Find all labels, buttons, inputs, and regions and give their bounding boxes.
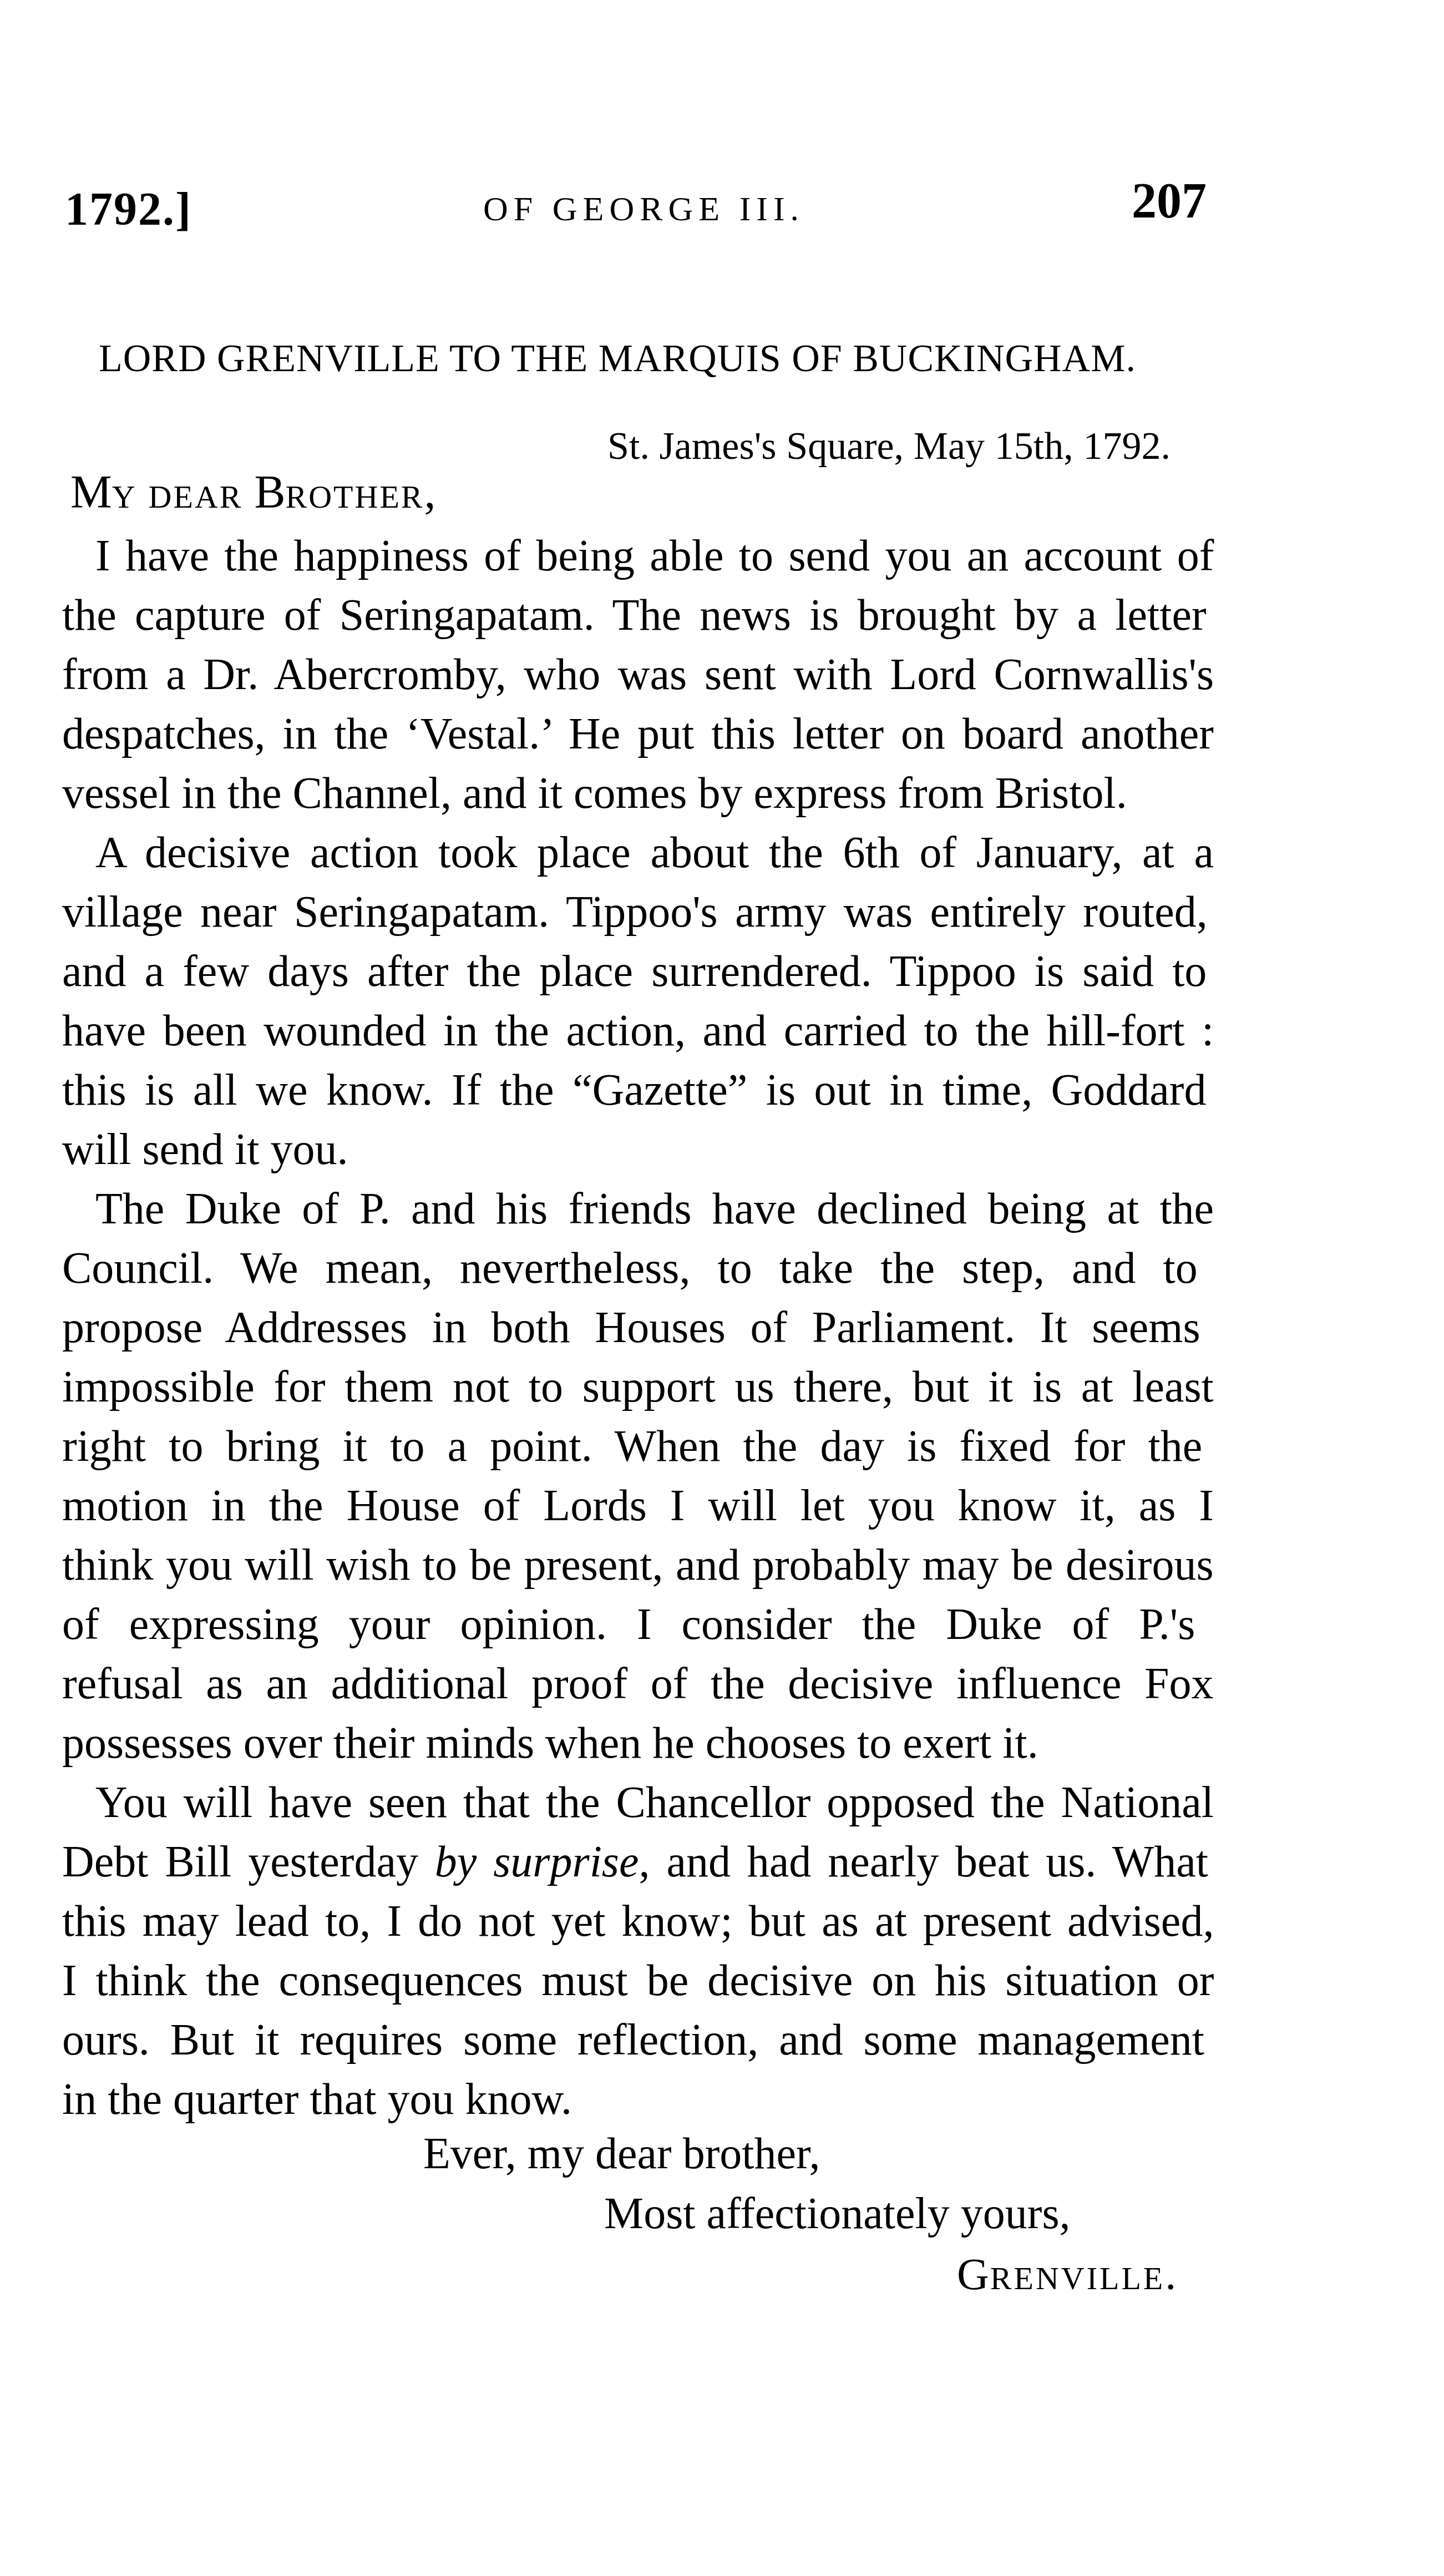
- salutation-name-initial: B: [254, 467, 285, 518]
- body-line: village near Seringapatam. Tippoo's army…: [62, 890, 1214, 949]
- body-line: motion in the House of Lords I will let …: [62, 1484, 1214, 1543]
- body-line: The Duke of P. and his friends have decl…: [95, 1187, 1214, 1246]
- body-line: of expressing your opinion. I consider t…: [62, 1602, 1214, 1662]
- body-line: this may lead to, I do not yet know; but…: [62, 1899, 1214, 1958]
- salutation-name-rest: ROTHER: [286, 479, 424, 515]
- signature-rest: RENVILLE: [990, 2260, 1166, 2296]
- body-line: the capture of Seringapatam. The news is…: [62, 593, 1214, 652]
- body-line: Debt Bill yesterday by surprise, and had…: [62, 1840, 1214, 1899]
- running-header-title: OF GEORGE III.: [483, 192, 804, 226]
- letter-heading: LORD GRENVILLE TO THE MARQUIS OF BUCKING…: [99, 340, 1197, 378]
- body-line: this is all we know. If the “Gazette” is…: [62, 1068, 1214, 1127]
- body-line: Council. We mean, nevertheless, to take …: [62, 1246, 1214, 1305]
- salutation-rest: Y: [112, 479, 137, 515]
- salutation-punct: ,: [424, 467, 436, 518]
- body-line: right to bring it to a point. When the d…: [62, 1424, 1214, 1484]
- body-text: , and had nearly beat us. What: [639, 1838, 1209, 1886]
- body-line: I have the happiness of being able to se…: [95, 534, 1214, 593]
- body-line: A decisive action took place about the 6…: [95, 831, 1214, 890]
- body-line: from a Dr. Abercromby, who was sent with…: [62, 652, 1214, 712]
- letter-dateline: St. James's Square, May 15th, 1792.: [607, 427, 1171, 466]
- body-text: Debt Bill yesterday: [62, 1838, 435, 1886]
- body-line: propose Addresses in both Houses of Parl…: [62, 1305, 1214, 1365]
- body-line: impossible for them not to support us th…: [62, 1365, 1214, 1424]
- signature-initial: G: [957, 2250, 990, 2299]
- body-line: You will have seen that the Chancellor o…: [95, 1780, 1214, 1840]
- letter-salutation: MY DEAR BROTHER,: [70, 469, 436, 516]
- body-line: possesses over their minds when he choos…: [62, 1721, 1214, 1780]
- body-line: despatches, in the ‘Vestal.’ He put this…: [62, 712, 1214, 771]
- salutation-initial: M: [70, 467, 112, 518]
- closing-line: Ever, my dear brother,: [423, 2132, 820, 2176]
- closing-line: Most affectionately yours,: [604, 2192, 1071, 2236]
- signature: GRENVILLE.: [957, 2253, 1177, 2297]
- body-line: vessel in the Channel, and it comes by e…: [62, 771, 1214, 831]
- emphasis-text: by surprise: [435, 1838, 639, 1886]
- page-number: 207: [1132, 176, 1207, 226]
- body-line: have been wounded in the action, and car…: [62, 1009, 1214, 1068]
- body-line: refusal as an additional proof of the de…: [62, 1662, 1214, 1721]
- body-line: will send it you.: [62, 1127, 1214, 1187]
- body-line: ours. But it requires some reflection, a…: [62, 2018, 1214, 2077]
- signature-punct: .: [1165, 2250, 1177, 2299]
- running-header-year: 1792.]: [65, 186, 192, 233]
- book-page: 1792.] OF GEORGE III. 207 LORD GRENVILLE…: [0, 0, 1444, 2576]
- body-line: think you will wish to be present, and p…: [62, 1543, 1214, 1602]
- body-line: and a few days after the place surrender…: [62, 949, 1214, 1009]
- body-line: in the quarter that you know.: [62, 2077, 1214, 2137]
- body-line: I think the consequences must be decisiv…: [62, 1958, 1214, 2018]
- salutation-middle: DEAR: [149, 479, 243, 515]
